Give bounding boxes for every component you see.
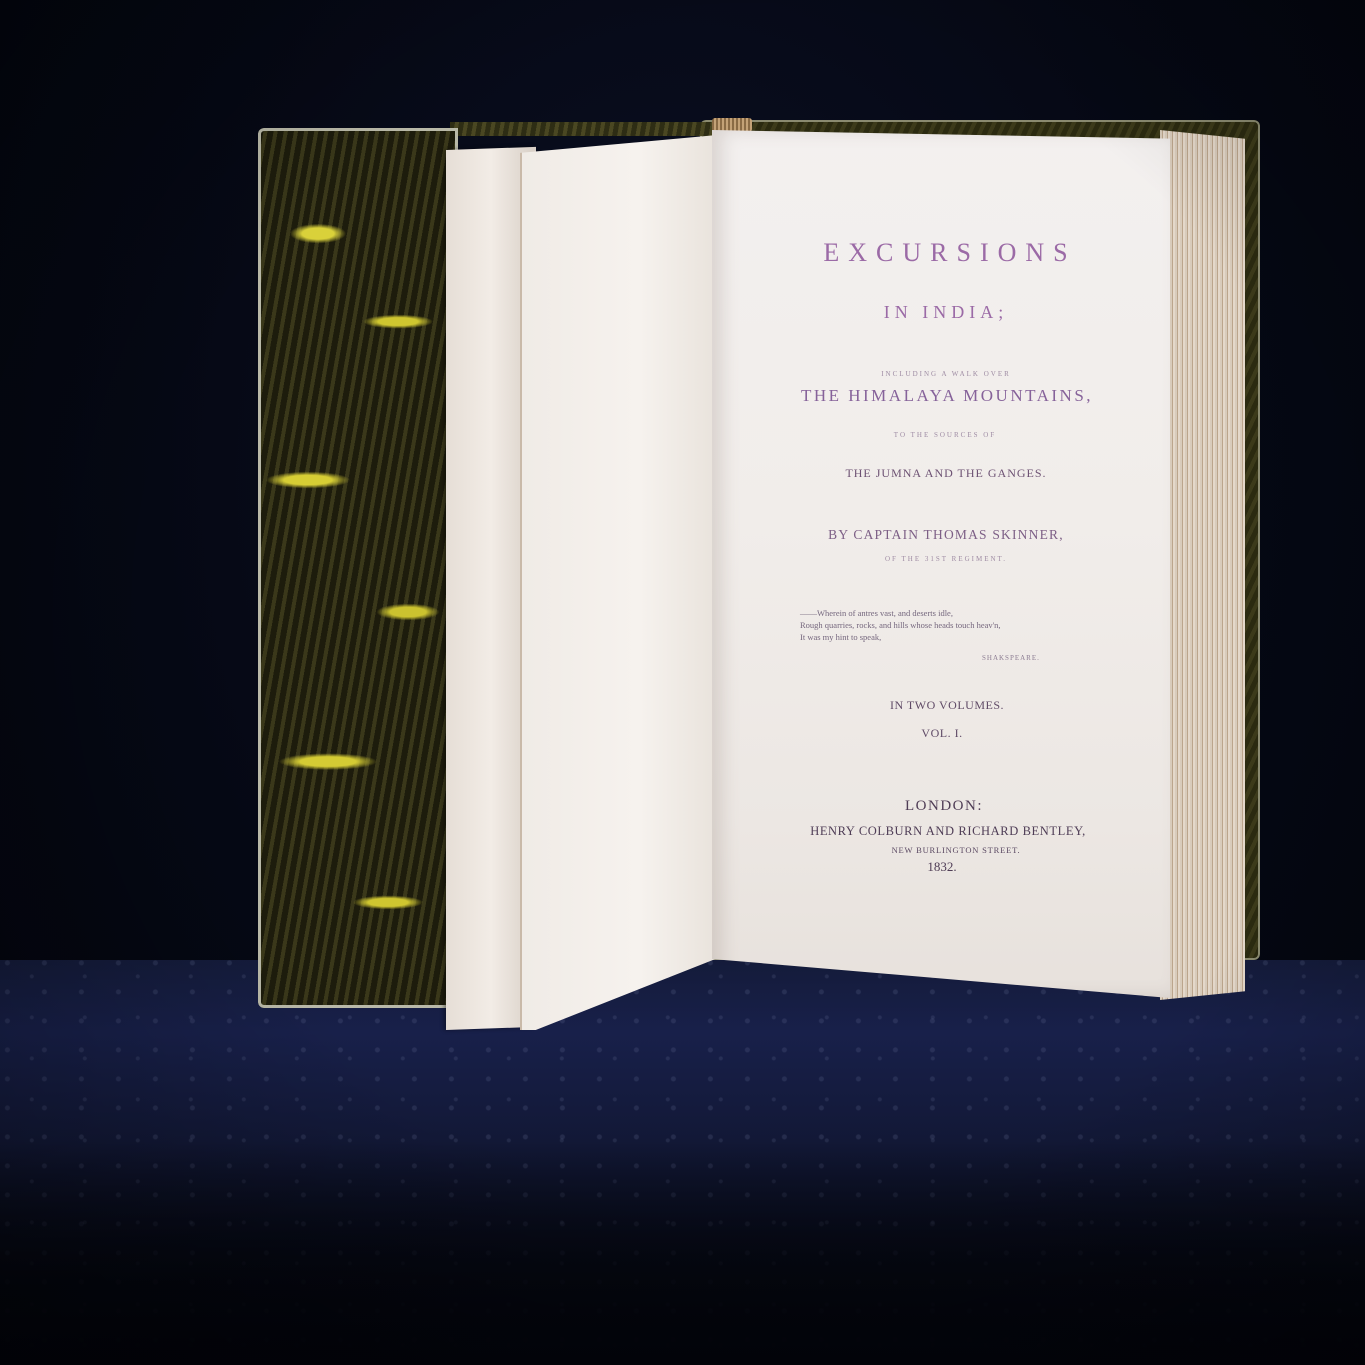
flyleaf-inner xyxy=(520,135,717,1030)
epigraph: ——Wherein of antres vast, and deserts id… xyxy=(800,607,1060,643)
cover-top-edge xyxy=(450,122,720,136)
author-line: BY CAPTAIN THOMAS SKINNER, xyxy=(712,527,1170,543)
book-subtitle: IN INDIA; xyxy=(712,302,1170,323)
imprint-city: LONDON: xyxy=(712,798,1170,815)
marbled-front-cover xyxy=(258,128,458,1008)
epigraph-line: Rough quarries, rocks, and hills whose h… xyxy=(800,619,1060,631)
title-page: EXCURSIONS IN INDIA; INCLUDING A WALK OV… xyxy=(712,130,1170,998)
epigraph-line: It was my hint to speak, xyxy=(800,631,1060,643)
volumes-line: IN TWO VOLUMES. xyxy=(712,698,1170,713)
regiment-line: OF THE 31ST REGIMENT. xyxy=(712,555,1170,563)
epigraph-attribution: SHAKSPEARE. xyxy=(982,654,1040,662)
spine-headband xyxy=(712,118,752,132)
mountains-line: THE HIMALAYA MOUNTAINS, xyxy=(712,386,1170,406)
imprint-street: NEW BURLINGTON STREET. xyxy=(712,845,1170,855)
imprint-year: 1832. xyxy=(712,859,1170,875)
epigraph-line: ——Wherein of antres vast, and deserts id… xyxy=(800,607,1060,619)
rivers-line: THE JUMNA AND THE GANGES. xyxy=(712,466,1170,481)
book-title: EXCURSIONS xyxy=(712,238,1170,268)
page-block-edge xyxy=(1160,130,1245,1000)
including-line: INCLUDING A WALK OVER xyxy=(712,370,1170,378)
sources-line: TO THE SOURCES OF xyxy=(712,431,1170,439)
imprint-publisher: HENRY COLBURN AND RICHARD BENTLEY, xyxy=(712,824,1170,839)
foreground-shadow xyxy=(0,1140,1365,1365)
volume-number: VOL. I. xyxy=(712,726,1170,741)
